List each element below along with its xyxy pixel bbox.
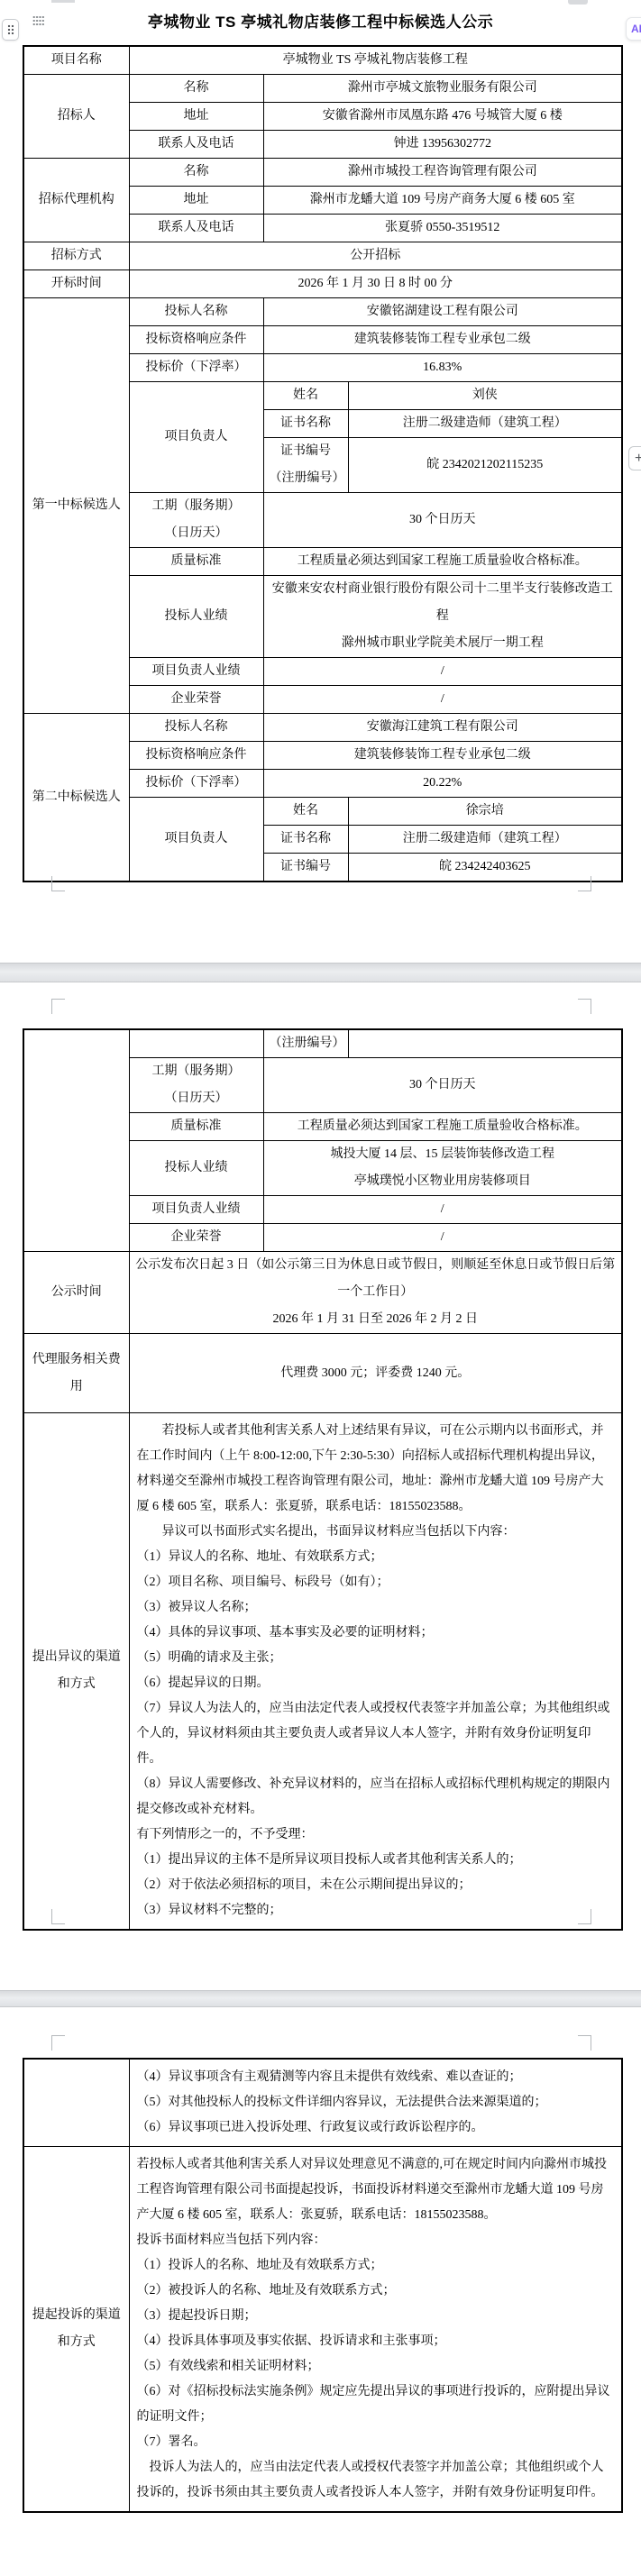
- bid-table-page-1: 项目名称亭城物业 TS 亭城礼物店装修工程招标人名称滁州市亭城文旅物业服务有限公…: [23, 45, 621, 882]
- margin-corner-mark: [51, 2035, 65, 2051]
- page-separator: [0, 1990, 641, 2007]
- page-title[interactable]: 亭城物业 TS 亭城礼物店装修工程中标候选人公示: [0, 7, 641, 38]
- value-cell[interactable]: 钟进 13956302772: [263, 131, 622, 159]
- value-cell[interactable]: 安徽铭湖建设工程有限公司: [263, 298, 622, 326]
- toolbar-fragment: [568, 0, 588, 5]
- value-cell[interactable]: [348, 1029, 622, 1058]
- paragraph-cell[interactable]: （4）异议事项含有主观猜测等内容且未提供有效线索、难以查证的；（5）对其他投标人…: [129, 2059, 622, 2147]
- row-label-cell[interactable]: 地址: [129, 187, 263, 215]
- row-label-cell[interactable]: 姓名: [263, 382, 348, 410]
- row-label-cell[interactable]: 投标人名称: [129, 298, 263, 326]
- row-label-cell[interactable]: [23, 2059, 129, 2147]
- row-label-cell[interactable]: 投标价（下浮率）: [129, 354, 263, 382]
- value-cell[interactable]: 城投大厦 14 层、15 层装饰装修改造工程亭城璞悦小区物业用房装修项目: [263, 1141, 622, 1196]
- value-cell[interactable]: 刘侠: [348, 382, 622, 410]
- row-label-cell[interactable]: 地址: [129, 103, 263, 131]
- row-label-cell[interactable]: 招标代理机构: [23, 159, 129, 242]
- value-cell[interactable]: /: [263, 658, 622, 686]
- value-cell[interactable]: 滁州市亭城文旅物业服务有限公司: [263, 75, 622, 103]
- row-label-cell[interactable]: 开标时间: [23, 270, 129, 298]
- value-cell[interactable]: 公开招标: [129, 242, 622, 270]
- margin-corner-mark: [51, 1909, 65, 1924]
- value-cell[interactable]: 20.22%: [263, 770, 622, 798]
- row-label-cell[interactable]: [129, 1029, 263, 1058]
- value-cell[interactable]: 安徽海江建筑工程有限公司: [263, 714, 622, 742]
- value-cell[interactable]: /: [263, 1224, 622, 1252]
- row-label-cell[interactable]: 投标人名称: [129, 714, 263, 742]
- value-cell[interactable]: /: [263, 686, 622, 714]
- value-cell[interactable]: 建筑装修装饰工程专业承包二级: [263, 742, 622, 770]
- bid-table-page-2: （注册编号）工期（服务期）（日历天）30 个日历天质量标准工程质量必须达到国家工…: [23, 1028, 621, 1931]
- row-label-cell[interactable]: 证书编号: [263, 854, 348, 882]
- row-label-cell[interactable]: 项目负责人: [129, 382, 263, 493]
- row-label-cell[interactable]: 投标价（下浮率）: [129, 770, 263, 798]
- row-label-cell[interactable]: 证书名称: [263, 826, 348, 854]
- margin-corner-mark: [51, 999, 65, 1014]
- row-label-cell[interactable]: 第二中标候选人: [23, 714, 129, 882]
- row-label-cell[interactable]: 招标方式: [23, 242, 129, 270]
- margin-corner-mark: [51, 876, 65, 891]
- value-cell[interactable]: 徐宗培: [348, 798, 622, 826]
- row-label-cell[interactable]: 工期（服务期）（日历天）: [129, 1058, 263, 1113]
- row-label-cell[interactable]: 投标人业绩: [129, 1141, 263, 1196]
- insert-plus-button[interactable]: +: [628, 446, 641, 470]
- value-cell[interactable]: 代理费 3000 元；评委费 1240 元。: [129, 1334, 622, 1413]
- row-label-cell[interactable]: 项目负责人业绩: [129, 1196, 263, 1224]
- row-label-cell[interactable]: 代理服务相关费用: [23, 1334, 129, 1413]
- value-cell[interactable]: 张夏骄 0550-3519512: [263, 215, 622, 242]
- value-cell[interactable]: 滁州市城投工程咨询管理有限公司: [263, 159, 622, 187]
- value-cell[interactable]: 注册二级建造师（建筑工程）: [348, 410, 622, 438]
- value-cell[interactable]: 皖 2342021202115235: [348, 438, 622, 493]
- margin-corner-mark: [578, 999, 591, 1014]
- value-cell[interactable]: /: [263, 1196, 622, 1224]
- toolbar-fragment: [51, 0, 75, 3]
- row-label-cell[interactable]: 证书名称: [263, 410, 348, 438]
- row-label-cell[interactable]: 名称: [129, 159, 263, 187]
- paragraph-cell[interactable]: 若投标人或者其他利害关系人对上述结果有异议，可在公示期内以书面形式，并在工作时间…: [129, 1413, 622, 1931]
- value-cell[interactable]: 工程质量必须达到国家工程施工质量验收合格标准。: [263, 548, 622, 576]
- row-label-cell[interactable]: 第一中标候选人: [23, 298, 129, 714]
- margin-corner-mark: [578, 2035, 591, 2051]
- value-cell[interactable]: 滁州市龙蟠大道 109 号房产商务大厦 6 楼 605 室: [263, 187, 622, 215]
- value-cell[interactable]: 注册二级建造师（建筑工程）: [348, 826, 622, 854]
- value-cell[interactable]: 2026 年 1 月 30 日 8 时 00 分: [129, 270, 622, 298]
- row-label-cell[interactable]: 联系人及电话: [129, 131, 263, 159]
- bid-table-page-3: （4）异议事项含有主观猜测等内容且未提供有效线索、难以查证的；（5）对其他投标人…: [23, 2058, 621, 2513]
- row-label-cell[interactable]: 质量标准: [129, 1113, 263, 1141]
- value-cell[interactable]: 建筑装修装饰工程专业承包二级: [263, 326, 622, 354]
- value-cell[interactable]: 安徽来安农村商业银行股份有限公司十二里半支行装修改造工程滁州城市职业学院美术展厅…: [263, 576, 622, 658]
- margin-corner-mark: [578, 876, 591, 891]
- row-label-cell[interactable]: 提出异议的渠道和方式: [23, 1413, 129, 1931]
- row-label-cell[interactable]: 姓名: [263, 798, 348, 826]
- row-label-cell[interactable]: 公示时间: [23, 1252, 129, 1334]
- page-separator: [0, 963, 641, 982]
- value-cell[interactable]: 工程质量必须达到国家工程施工质量验收合格标准。: [263, 1113, 622, 1141]
- row-label-cell[interactable]: 质量标准: [129, 548, 263, 576]
- margin-corner-mark: [578, 1909, 591, 1924]
- row-label-cell[interactable]: 证书编号（注册编号）: [263, 438, 348, 493]
- row-label-cell[interactable]: 名称: [129, 75, 263, 103]
- value-cell[interactable]: 亭城物业 TS 亭城礼物店装修工程: [129, 46, 622, 75]
- row-label-cell[interactable]: 招标人: [23, 75, 129, 159]
- row-label-cell[interactable]: 项目名称: [23, 46, 129, 75]
- row-label-cell[interactable]: [23, 1029, 129, 1252]
- row-label-cell[interactable]: 投标资格响应条件: [129, 742, 263, 770]
- value-cell[interactable]: 30 个日历天: [263, 1058, 622, 1113]
- row-label-cell[interactable]: 项目负责人业绩: [129, 658, 263, 686]
- value-cell[interactable]: 30 个日历天: [263, 493, 622, 548]
- value-cell[interactable]: 公示发布次日起 3 日（如公示第三日为休息日或节假日，则顺延至休息日或节假日后第…: [129, 1252, 622, 1334]
- row-label-cell[interactable]: 企业荣誉: [129, 1224, 263, 1252]
- row-label-cell[interactable]: 投标人业绩: [129, 576, 263, 658]
- row-label-cell[interactable]: 投标资格响应条件: [129, 326, 263, 354]
- document-canvas: AI + 亭城物业 TS 亭城礼物店装修工程中标候选人公示 项目名称亭城物业 T…: [0, 0, 641, 2576]
- value-cell[interactable]: 安徽省滁州市凤凰东路 476 号城管大厦 6 楼: [263, 103, 622, 131]
- row-label-cell[interactable]: 企业荣誉: [129, 686, 263, 714]
- value-cell[interactable]: 16.83%: [263, 354, 622, 382]
- row-label-cell[interactable]: 联系人及电话: [129, 215, 263, 242]
- row-label-cell[interactable]: 工期（服务期）（日历天）: [129, 493, 263, 548]
- row-label-cell[interactable]: 提起投诉的渠道和方式: [23, 2147, 129, 2513]
- paragraph-cell[interactable]: 若投标人或者其他利害关系人对异议处理意见不满意的,可在规定时间内向滁州市城投工程…: [129, 2147, 622, 2513]
- row-label-cell[interactable]: （注册编号）: [263, 1029, 348, 1058]
- row-label-cell[interactable]: 项目负责人: [129, 798, 263, 882]
